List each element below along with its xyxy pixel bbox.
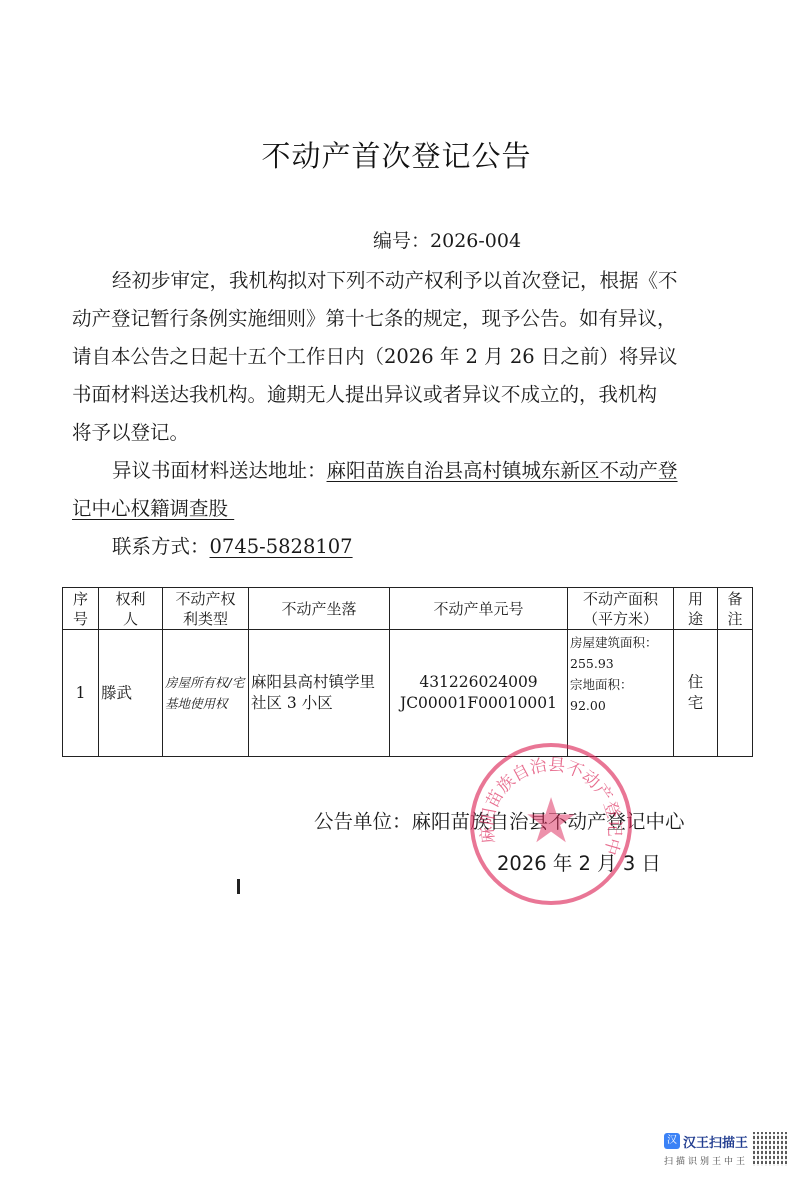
usage-value: 住宅 bbox=[688, 672, 704, 714]
cell-unit-no: 431226024009 JC00001F00010001 bbox=[390, 630, 568, 757]
header-area: 不动产面积（平方米） bbox=[568, 588, 674, 630]
contact-phone: 0745-5828107 bbox=[210, 535, 353, 558]
land-area-value: 92.00 bbox=[570, 695, 671, 716]
registration-table: 序号 权利人 不动产权利类型 不动产坐落 不动产单元号 不动产面积（平方米） 用… bbox=[62, 587, 753, 757]
address-label: 异议书面材料送达地址： bbox=[112, 459, 327, 482]
scanner-brand-name: 汉王扫描王 bbox=[683, 1132, 748, 1151]
header-right-type: 不动产权利类型 bbox=[163, 588, 249, 630]
header-remark: 备注 bbox=[718, 588, 753, 630]
header-owner: 权利人 bbox=[99, 588, 163, 630]
scan-artifact bbox=[237, 879, 240, 894]
star-icon: ★ bbox=[523, 790, 579, 852]
cell-usage: 住宅 bbox=[674, 630, 718, 757]
page-title: 不动产首次登记公告 bbox=[0, 134, 793, 175]
scanner-watermark: 汉 汉王扫描王 扫描识别王中王 bbox=[662, 1130, 788, 1170]
cell-location: 麻阳县高村镇学里社区 3 小区 bbox=[249, 630, 390, 757]
body-line-2: 动产登记暂行条例实施细则》第十七条的规定，现予公告。如有异议， bbox=[72, 300, 752, 338]
cell-owner: 滕武 bbox=[99, 630, 163, 757]
contact-info: 联系方式：0745-5828107 bbox=[72, 528, 752, 566]
contact-label: 联系方式： bbox=[112, 535, 210, 558]
notice-body: 经初步审定，我机构拟对下列不动产权利予以首次登记，根据《不 动产登记暂行条例实施… bbox=[72, 262, 752, 566]
document-number: 编号：2026-004 bbox=[373, 226, 521, 253]
cell-right-type: 房屋所有权/宅基地使用权 bbox=[163, 630, 249, 757]
cell-area: 房屋建筑面积： 255.93 宗地面积： 92.00 bbox=[568, 630, 674, 757]
scanner-logo-icon: 汉 bbox=[664, 1133, 680, 1149]
body-line-3: 请自本公告之日起十五个工作日内（2026 年 2 月 26 日之前）将异议 bbox=[72, 338, 752, 376]
document-number-label: 编号： bbox=[373, 230, 430, 252]
table-header-row: 序号 权利人 不动产权利类型 不动产坐落 不动产单元号 不动产面积（平方米） 用… bbox=[63, 588, 753, 630]
objection-address-cont: 记中心权籍调查股 bbox=[72, 490, 752, 528]
unit-no-line1: 431226024009 bbox=[392, 672, 565, 693]
land-area-label: 宗地面积： bbox=[570, 674, 671, 695]
building-area-label: 房屋建筑面积： bbox=[570, 632, 671, 653]
body-line-4: 书面材料送达我机构。逾期无人提出异议或者异议不成立的，我机构 bbox=[72, 376, 752, 414]
address-value-line1: 麻阳苗族自治县高村镇城东新区不动产登 bbox=[327, 459, 678, 482]
official-seal: 麻阳苗族自治县不动产登记中心 ★ bbox=[470, 743, 632, 905]
body-line-5: 将予以登记。 bbox=[72, 414, 752, 452]
header-usage: 用途 bbox=[674, 588, 718, 630]
document-number-value: 2026-004 bbox=[430, 230, 521, 252]
table-row: 1 滕武 房屋所有权/宅基地使用权 麻阳县高村镇学里社区 3 小区 431226… bbox=[63, 630, 753, 757]
objection-address: 异议书面材料送达地址：麻阳苗族自治县高村镇城东新区不动产登 bbox=[72, 452, 752, 490]
cell-no: 1 bbox=[63, 630, 99, 757]
issuer-label: 公告单位： bbox=[314, 810, 412, 833]
body-line-1: 经初步审定，我机构拟对下列不动产权利予以首次登记，根据《不 bbox=[72, 262, 752, 300]
scanner-slogan: 扫描识别王中王 bbox=[664, 1154, 748, 1167]
qr-code-icon bbox=[753, 1132, 787, 1166]
address-value-line2: 记中心权籍调查股 bbox=[72, 497, 228, 520]
building-area-value: 255.93 bbox=[570, 653, 671, 674]
unit-no-line2: JC00001F00010001 bbox=[392, 693, 565, 714]
header-no: 序号 bbox=[63, 588, 99, 630]
header-location: 不动产坐落 bbox=[249, 588, 390, 630]
header-unit-no: 不动产单元号 bbox=[390, 588, 568, 630]
cell-remark bbox=[718, 630, 753, 757]
